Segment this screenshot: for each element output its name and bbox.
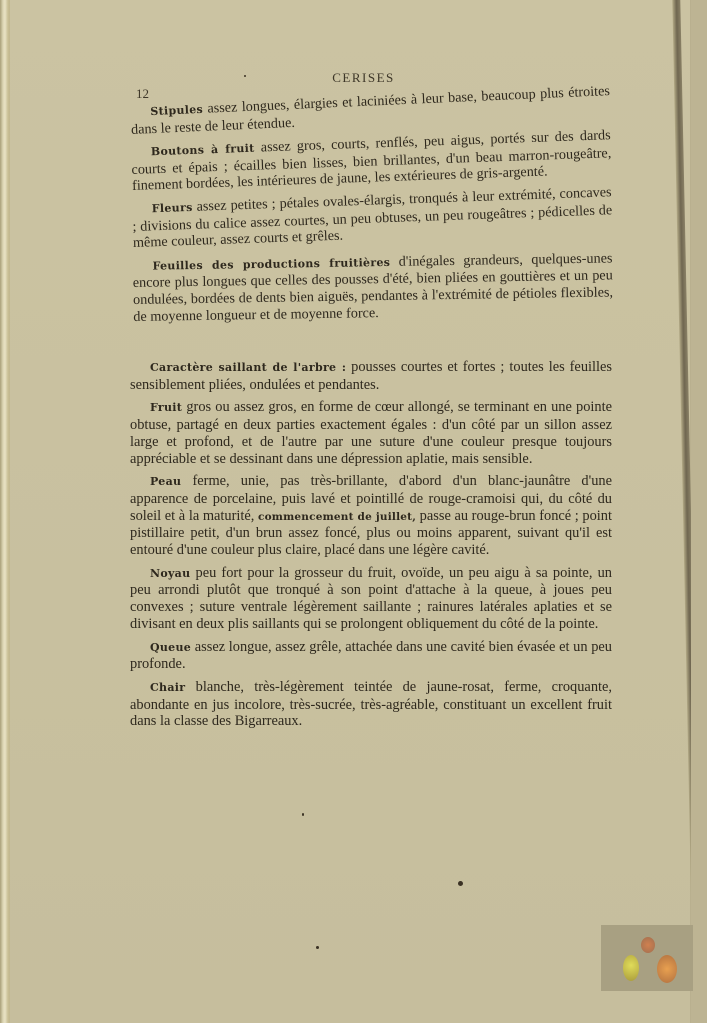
term-feuilles: Feuilles des productions fruitières: [152, 256, 390, 273]
term-caractere: Caractère saillant de l'arbre :: [150, 361, 346, 374]
paragraph-fruit: Fruit gros ou assez gros, en forme de cœ…: [130, 399, 612, 467]
fruit-icon: [641, 937, 655, 953]
fruit-thumbnail-image: [601, 925, 693, 991]
term-chair: Chair: [150, 681, 185, 694]
paragraph-fleurs: Fleurs assez petites ; pétales ovales-él…: [132, 184, 613, 252]
paper-spot: [316, 946, 319, 949]
paragraph-text: gros ou assez gros, en forme de cœur all…: [130, 399, 612, 466]
paragraph-caractere: Caractère saillant de l'arbre : pousses …: [130, 359, 612, 393]
paper-spot: [302, 813, 304, 816]
paper-spot: [244, 75, 246, 77]
paragraph-noyau: Noyau peu fort pour la grosseur du fruit…: [130, 565, 612, 633]
term-noyau: Noyau: [150, 567, 190, 580]
fruit-icon: [657, 955, 677, 983]
fruit-icon: [623, 955, 639, 981]
term-fleurs: Fleurs: [152, 201, 193, 215]
term-peau: Peau: [150, 475, 181, 488]
adjacent-page-strip: [691, 0, 707, 1023]
paragraph-text: blanche, très-légèrement teintée de jaun…: [130, 679, 612, 729]
paragraph-text: assez gros, courts, renflés, peu aigus, …: [131, 127, 611, 194]
term-fruit: Fruit: [150, 401, 182, 414]
term-stipules: Stipules: [150, 103, 203, 118]
inline-term-season: commencement de juillet,: [258, 511, 416, 523]
page-number: 12: [136, 86, 149, 102]
term-boutons: Boutons à fruit: [151, 142, 255, 159]
term-queue: Queue: [150, 641, 191, 654]
paragraph-feuilles: Feuilles des productions fruitières d'in…: [132, 250, 613, 325]
paragraph-boutons: Boutons à fruit assez gros, courts, renf…: [131, 127, 612, 195]
paragraph-chair: Chair blanche, très-légèrement teintée d…: [130, 679, 612, 730]
upper-text-block: Stipules assez longues, élargies et laci…: [130, 96, 614, 331]
paragraph-peau: Peau ferme, unie, pas très-brillante, d'…: [130, 473, 612, 559]
paragraph-text: assez petites ; pétales ovales-élargis, …: [132, 184, 612, 251]
paper-spot: [458, 881, 463, 886]
paragraph-queue: Queue assez longue, assez grêle, attaché…: [130, 639, 612, 673]
paragraph-text: assez longue, assez grêle, attachée dans…: [130, 639, 612, 673]
lower-text-block: Caractère saillant de l'arbre : pousses …: [130, 359, 612, 736]
paragraph-text: peu fort pour la grosseur du fruit, ovoï…: [130, 565, 612, 632]
